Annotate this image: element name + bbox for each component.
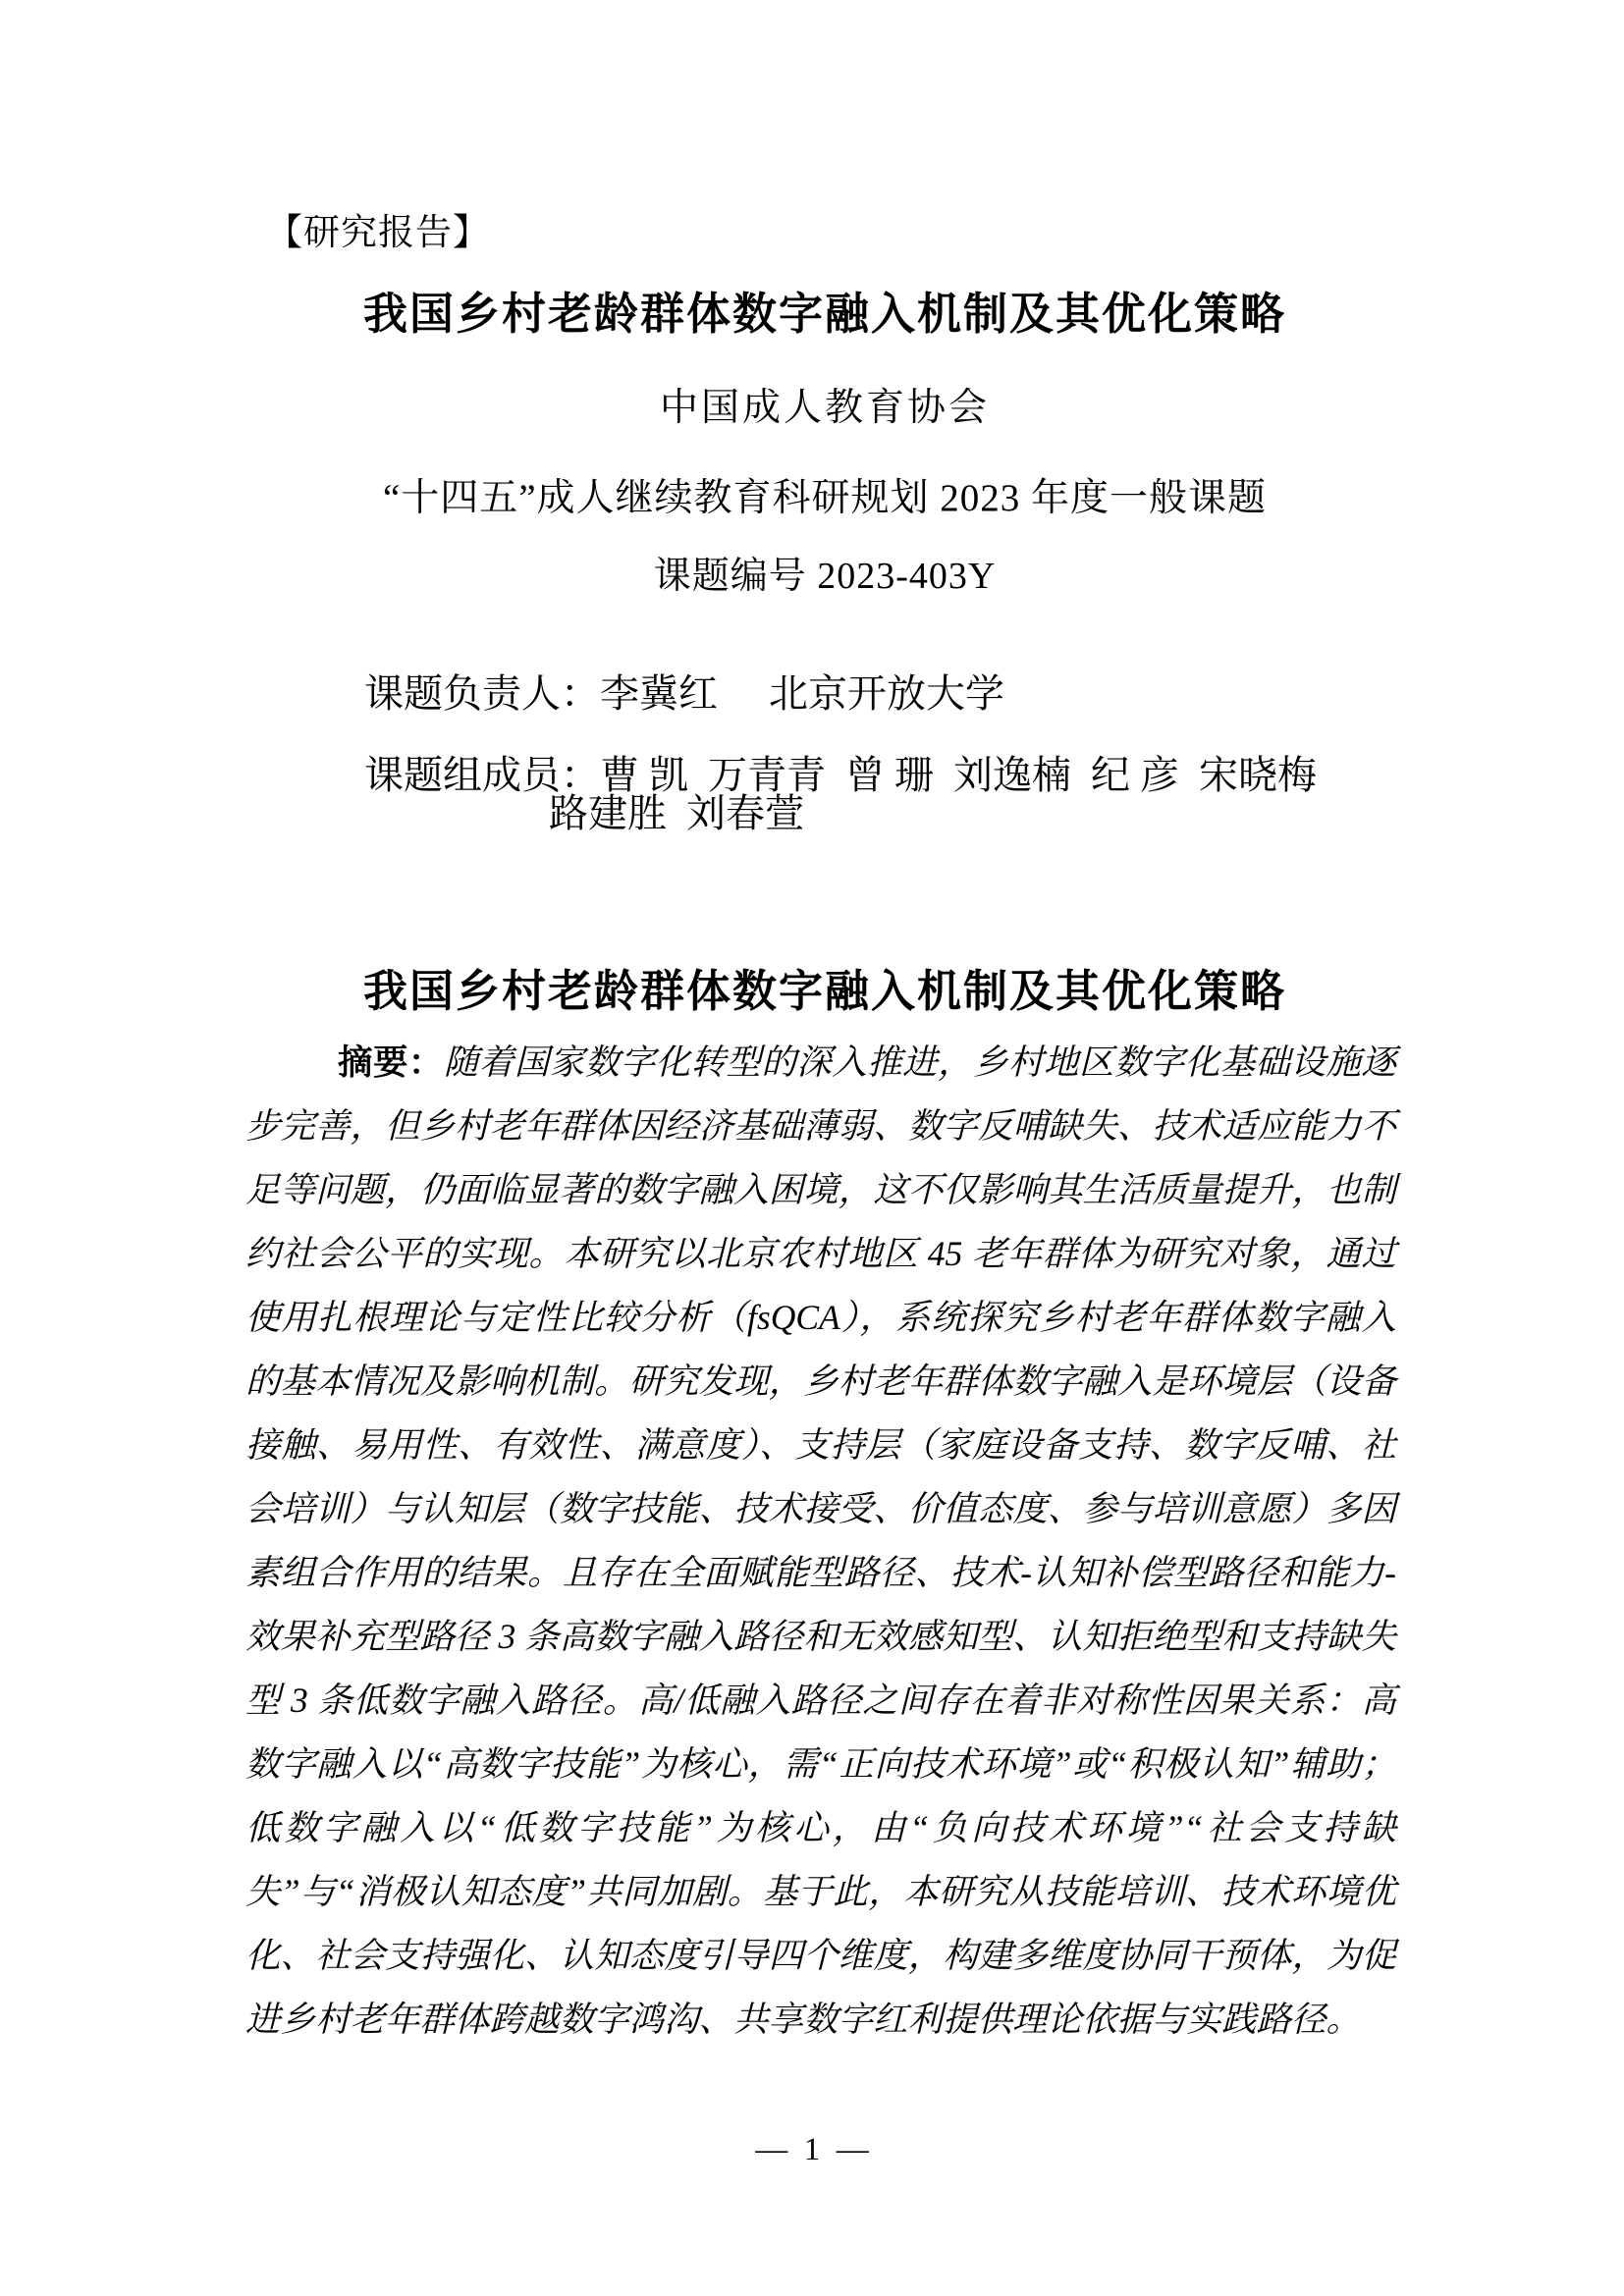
- project-leader-name: 李冀红: [600, 671, 718, 716]
- project-members-line: 课题组成员：曹 凯 万青青 曾 珊 刘逸楠 纪 彦 宋晓梅: [325, 711, 1317, 840]
- report-title: 我国乡村老龄群体数字融入机制及其优化策略: [245, 289, 1404, 340]
- organization-name: 中国成人教育协会: [245, 387, 1404, 431]
- abstract-paragraph: 摘要：随着国家数字化转型的深入推进，乡村地区数字化基础设施逐步完善，但乡村老年群…: [245, 1031, 1396, 2052]
- project-leader-label: 课题负责人：: [364, 671, 600, 716]
- abstract-body-text: 随着国家数字化转型的深入推进，乡村地区数字化基础设施逐步完善，但乡村老年群体因经…: [245, 1042, 1396, 2039]
- abstract-text: 摘要：随着国家数字化转型的深入推进，乡村地区数字化基础设施逐步完善，但乡村老年群…: [245, 1031, 1396, 2052]
- project-members-names-continued: 路建胜 刘春萱: [549, 792, 804, 835]
- abstract-label: 摘要：: [338, 1042, 444, 1082]
- report-type-tag: 【研究报告】: [266, 212, 490, 254]
- project-number: 课题编号 2023-403Y: [245, 556, 1404, 599]
- page-number: — 1 —: [0, 2132, 1624, 2167]
- section-title: 我国乡村老龄群体数字融入机制及其优化策略: [245, 966, 1404, 1017]
- document-page: 【研究报告】 我国乡村老龄群体数字融入机制及其优化策略 中国成人教育协会 “十四…: [0, 0, 1624, 2296]
- project-leader-affiliation: 北京开放大学: [769, 671, 1004, 716]
- research-program-line: “十四五”成人继续教育科研规划 2023 年度一般课题: [245, 477, 1404, 521]
